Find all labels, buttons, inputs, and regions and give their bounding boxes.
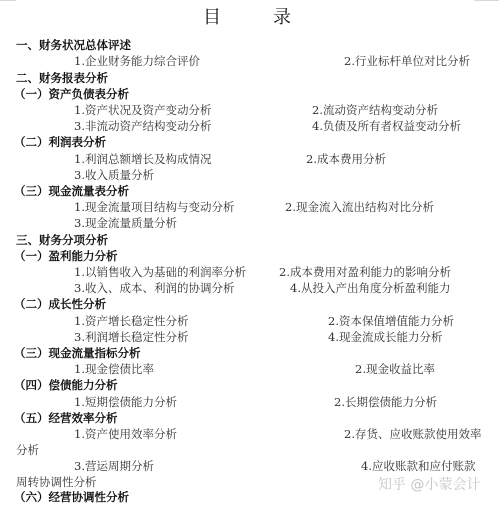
toc-line: 1.资产使用效率分析 2.存货、应收账款使用效率 (0, 426, 499, 442)
toc-line: 一、财务状况总体评述 (0, 37, 499, 53)
toc-line: 3.收入、成本、利润的协调分析 4.从投入产出角度分析盈利能力 (0, 280, 499, 296)
toc-heading-s3[interactable]: 三、财务分项分析 (16, 232, 108, 248)
toc-line: 1.以销售收入为基础的利润率分析 2.成本费用对盈利能力的影响分析 (0, 264, 499, 280)
toc-subheading[interactable]: （一）资产负债表分析 (14, 86, 129, 102)
toc-item[interactable]: 1.资产使用效率分析 (74, 426, 177, 442)
toc-item[interactable]: 4.应收账款和应付账款 (361, 458, 475, 474)
page-corner-mark-right (474, 0, 499, 1)
toc-title-right: 录 (273, 3, 291, 29)
toc-heading-s2[interactable]: 二、财务报表分析 (16, 70, 108, 86)
toc-subheading[interactable]: （三）现金流量表分析 (14, 183, 129, 199)
toc-subheading[interactable]: （六）经营协调性分析 (14, 489, 129, 505)
toc-subheading[interactable]: （三）现金流量指标分析 (14, 345, 141, 361)
toc-item[interactable]: 3.收入、成本、利润的协调分析 (74, 280, 234, 296)
toc-line: 1.现金偿债比率 2.现金收益比率 (0, 361, 499, 377)
toc-item[interactable]: 4.负债及所有者权益变动分析 (312, 118, 461, 134)
toc-item[interactable]: 3.非流动资产结构变动分析 (74, 118, 211, 134)
toc-line: 3.利润增长稳定性分析 4.现金流成长能力分析 (0, 329, 499, 345)
toc-subheading[interactable]: （五）经营效率分析 (14, 410, 118, 426)
toc-item[interactable]: 2.流动资产结构变动分析 (312, 102, 438, 118)
toc-item[interactable]: 2.行业标杆单位对比分析 (344, 53, 470, 69)
toc-item[interactable]: 2.长期偿债能力分析 (334, 394, 437, 410)
toc-item[interactable]: 2.现金收益比率 (355, 361, 435, 377)
toc-line: （二）利润表分析 (0, 134, 499, 150)
watermark: 知乎 @小蒙会计 (378, 474, 480, 494)
toc-line: 二、财务报表分析 (0, 70, 499, 86)
toc-item[interactable]: 3.收入质量分析 (74, 167, 154, 183)
toc-line: （五）经营效率分析 (0, 410, 499, 426)
toc-line: 1.企业财务能力综合评价 2.行业标杆单位对比分析 (0, 53, 499, 69)
toc-item[interactable]: 1.现金流量项目结构与变动分析 (74, 199, 234, 215)
toc-item[interactable]: 2.成本费用对盈利能力的影响分析 (279, 264, 451, 280)
toc-line: 分析 (0, 442, 499, 458)
toc-item[interactable]: 4.从投入产出角度分析盈利能力 (290, 280, 450, 296)
toc-item[interactable]: 3.利润增长稳定性分析 (74, 329, 188, 345)
toc-line: （一）资产负债表分析 (0, 86, 499, 102)
toc-line: （三）现金流量指标分析 (0, 345, 499, 361)
toc-item[interactable]: 1.以销售收入为基础的利润率分析 (74, 264, 246, 280)
toc-item[interactable]: 1.现金偿债比率 (74, 361, 154, 377)
toc-line: 1.短期偿债能力分析 2.长期偿债能力分析 (0, 394, 499, 410)
toc-title-left: 目 (203, 3, 221, 29)
toc-line: 3.收入质量分析 (0, 167, 499, 183)
toc-item[interactable]: 2.存货、应收账款使用效率 (344, 426, 481, 442)
toc-item[interactable]: 2.现金流入流出结构对比分析 (285, 199, 434, 215)
toc-item[interactable]: 4.现金流成长能力分析 (328, 329, 442, 345)
toc-item[interactable]: 2.成本费用分析 (306, 151, 386, 167)
toc-item[interactable]: 3.现金流量质量分析 (74, 215, 177, 231)
toc-item[interactable]: 1.企业财务能力综合评价 (74, 53, 200, 69)
toc-item[interactable]: 3.营运周期分析 (74, 458, 154, 474)
toc-line: 1.利润总额增长及构成情况 2.成本费用分析 (0, 151, 499, 167)
toc-line: 三、财务分项分析 (0, 232, 499, 248)
toc-item[interactable]: 2.资本保值增值能力分析 (328, 313, 454, 329)
toc-subheading[interactable]: （一）盈利能力分析 (14, 248, 118, 264)
toc-item[interactable]: 1.资产状况及资产变动分析 (74, 102, 211, 118)
toc-subheading[interactable]: （二）成长性分析 (14, 296, 106, 312)
toc-item[interactable]: 1.资产增长稳定性分析 (74, 313, 188, 329)
toc-item-wrap: 分析 (16, 442, 39, 458)
toc-heading-s1[interactable]: 一、财务状况总体评述 (16, 37, 131, 53)
toc-subheading[interactable]: （二）利润表分析 (14, 134, 106, 150)
toc-line: 3.非流动资产结构变动分析 4.负债及所有者权益变动分析 (0, 118, 499, 134)
toc-line: （二）成长性分析 (0, 296, 499, 312)
toc-line: 1.现金流量项目结构与变动分析 2.现金流入流出结构对比分析 (0, 199, 499, 215)
toc-item-wrap: 周转协调性分析 (16, 474, 97, 490)
toc-item[interactable]: 1.利润总额增长及构成情况 (74, 151, 211, 167)
toc-subheading[interactable]: （四）偿债能力分析 (14, 377, 118, 393)
toc-line: 3.营运周期分析 4.应收账款和应付账款 (0, 458, 499, 474)
toc-item[interactable]: 1.短期偿债能力分析 (74, 394, 177, 410)
toc-line: 1.资产状况及资产变动分析 2.流动资产结构变动分析 (0, 102, 499, 118)
toc-line: 3.现金流量质量分析 (0, 215, 499, 231)
toc-line: （三）现金流量表分析 (0, 183, 499, 199)
toc-line: （一）盈利能力分析 (0, 248, 499, 264)
page-corner-mark-left (0, 0, 16, 1)
toc-line: （四）偿债能力分析 (0, 377, 499, 393)
toc-line: 1.资产增长稳定性分析 2.资本保值增值能力分析 (0, 313, 499, 329)
